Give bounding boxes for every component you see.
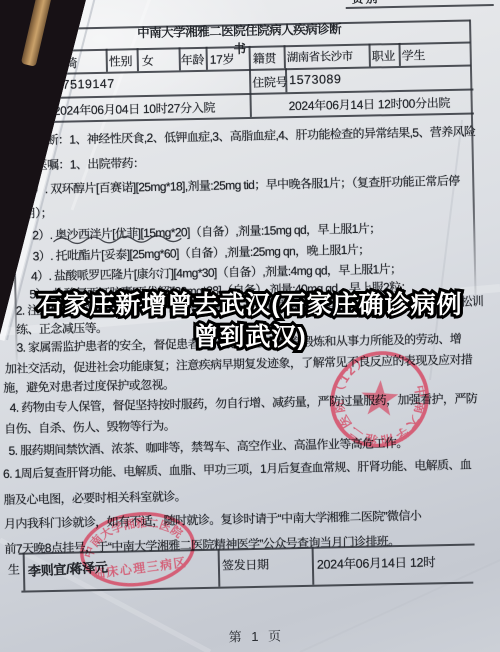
headline-line-1-fill: 石家庄新增曾去武汉(石家庄确诊病例 xyxy=(37,291,462,319)
gender-label: 性别 xyxy=(109,52,133,69)
headline-line-1: 石家庄新增曾去武汉(石家庄确诊病例 石家庄新增曾去武汉(石家庄确诊病例 xyxy=(0,285,500,321)
table-right-border xyxy=(469,20,476,306)
inpatient-no-label: 住院号 xyxy=(252,73,287,91)
issue-date-value: 2024年06月14日 12时 xyxy=(317,552,436,572)
doctor-label-fragment: 生 xyxy=(8,561,20,578)
table-rule xyxy=(398,43,400,66)
footer-rule xyxy=(312,547,314,585)
order-line-7a: 月内我科门诊就诊，如有不适，随时就诊。复诊时请于“中南大学湘雅二医院”微信小 xyxy=(4,507,421,532)
page-number: 第 1 页 xyxy=(196,625,316,646)
top-right-cut-text: 费别 xyxy=(352,0,380,5)
inpatient-no-value: 1573089 xyxy=(289,72,341,87)
issue-date-label: 签发日期 xyxy=(222,556,269,574)
table-rule xyxy=(368,44,370,67)
discharge-datetime: 2024年06月14日 12时00分出院 xyxy=(289,94,451,114)
order-line-4b: 自伤、自杀、伤人、毁物等行为。 xyxy=(4,417,175,437)
oval-ward-stamp: 中南大学湘雅二医院 临床心理三病区 xyxy=(72,501,203,598)
order-line-3c: 施，避免对患者过度保护或忽视。 xyxy=(3,376,174,396)
oval-stamp-line-text: 临床心理三病区 xyxy=(92,554,188,581)
birthplace-label: 籍贯 xyxy=(253,49,277,66)
headline-line-2-fill: 曾到武汉) xyxy=(193,323,306,351)
top-right-rule xyxy=(346,4,494,8)
table-rule xyxy=(106,49,108,72)
headline-line-2: 曾到武汉) 曾到武汉) xyxy=(0,317,500,353)
medication-line-1: 1）. 双环醇片[百赛诺][25mg*18],剂量:25mg tid；早中晚各服… xyxy=(27,172,460,198)
order-line-6a: 6. 1周后复查肝肾功能、电解质、血脂、甲功三项，1月后复查血常规、肝肾功能、电… xyxy=(3,456,472,482)
footer-rule xyxy=(218,549,220,587)
discharge-diagnosis-line: 出院诊断：1、神经性厌食,2、低钾血症,3、高脂血症,4、肝功能检查的异常结果,… xyxy=(12,122,475,148)
age-label: 年龄 xyxy=(181,51,205,68)
footer-rule xyxy=(23,553,25,591)
age-value: 17岁 xyxy=(210,50,235,67)
admission-datetime: 2024年06月04日 10时27分入院 xyxy=(54,99,216,119)
photo-scene: 费别 中南大学湘雅二医院住院病人疾病诊断书 朱诗琦 xyxy=(0,0,500,652)
occupation-value: 学生 xyxy=(402,46,426,63)
occupation-label: 职业 xyxy=(372,47,396,64)
birthplace-value: 湖南省长沙市 xyxy=(287,48,353,65)
gender-value: 女 xyxy=(142,52,154,69)
